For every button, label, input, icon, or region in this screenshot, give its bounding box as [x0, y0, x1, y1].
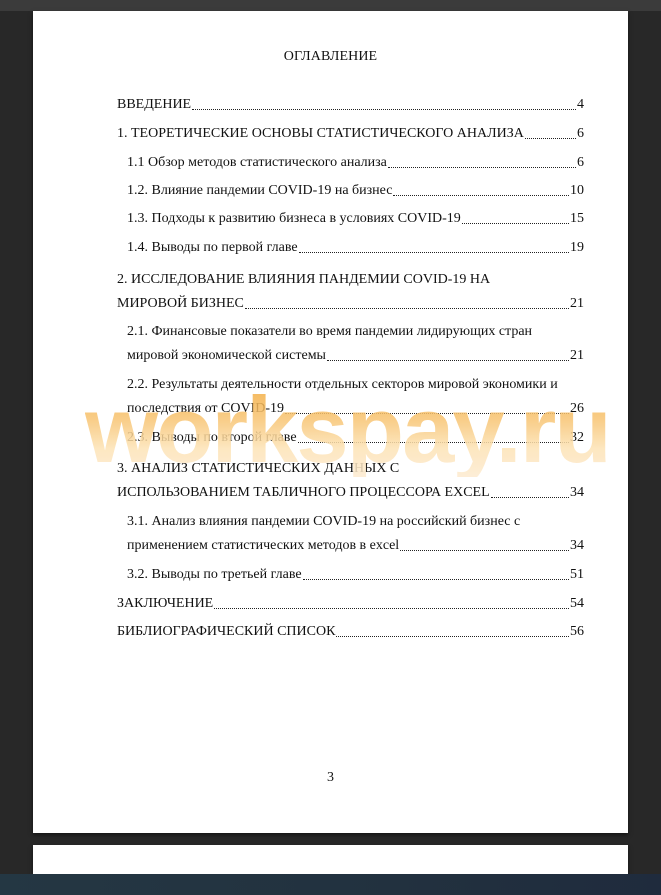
dot-leader	[192, 109, 576, 110]
toc-entry-text: 1.4. Выводы по первой главе	[127, 240, 298, 256]
toc-entry-text: 3.2. Выводы по третьей главе	[127, 567, 302, 583]
toc-entry-text: БИБЛИОГРАФИЧЕСКИЙ СПИСОК	[117, 624, 335, 640]
toc-entry-text: 2.1. Финансовые показатели во время панд…	[127, 324, 532, 340]
toc-page-number: 34	[570, 485, 584, 501]
toc-entry[interactable]: ВВЕДЕНИЕ4	[117, 97, 584, 113]
dot-leader	[462, 223, 569, 224]
toc-entry-text: 2.2. Результаты деятельности отдельных с…	[127, 377, 558, 393]
toc-entry[interactable]: 2.3. Выводы по второй главе32	[127, 430, 584, 446]
toc-page-number: 21	[570, 348, 584, 364]
toc-entry[interactable]: 2.2. Результаты деятельности отдельных с…	[127, 377, 584, 417]
toc-entry[interactable]: 3. АНАЛИЗ СТАТИСТИЧЕСКИХ ДАННЫХ СИСПОЛЬЗ…	[117, 461, 584, 501]
toc-page-number: 51	[570, 567, 584, 583]
toc-entry-text: 1.3. Подходы к развитию бизнеса в услови…	[127, 211, 461, 227]
toc-entry[interactable]: 1.3. Подходы к развитию бизнеса в услови…	[127, 211, 584, 227]
dot-leader	[298, 442, 569, 443]
document-page: ОГЛАВЛЕНИЕ ВВЕДЕНИЕ41. ТЕОРЕТИЧЕСКИЕ ОСН…	[33, 11, 628, 833]
toc-entry-text: 2.3. Выводы по второй главе	[127, 430, 297, 446]
dot-leader	[388, 167, 576, 168]
toc-page-number: 56	[570, 624, 584, 640]
dot-leader	[245, 308, 569, 309]
toc-entry[interactable]: 2. ИССЛЕДОВАНИЕ ВЛИЯНИЯ ПАНДЕМИИ COVID-1…	[117, 272, 584, 312]
toc-entry-text: применением статистических методов в exc…	[127, 538, 399, 554]
toc-entry[interactable]: 1.1 Обзор методов статистического анализ…	[127, 155, 584, 171]
dot-leader	[525, 138, 576, 139]
toc-page-number: 19	[570, 240, 584, 256]
toc-title: ОГЛАВЛЕНИЕ	[33, 49, 628, 65]
toc-page-number: 6	[577, 155, 584, 171]
dot-leader	[303, 579, 569, 580]
toc-page-number: 21	[570, 296, 584, 312]
toc-entry-text: 2. ИССЛЕДОВАНИЕ ВЛИЯНИЯ ПАНДЕМИИ COVID-1…	[117, 272, 490, 288]
toc-entry[interactable]: ЗАКЛЮЧЕНИЕ 54	[117, 596, 584, 612]
dot-leader	[214, 608, 569, 609]
toc-page-number: 4	[577, 97, 584, 113]
toc-entry[interactable]: 1.2. Влияние пандемии COVID-19 на бизнес…	[127, 183, 584, 199]
toc-page-number: 10	[570, 183, 584, 199]
dot-leader	[393, 195, 569, 196]
toc-page-number: 34	[570, 538, 584, 554]
toc-entry-text: ВВЕДЕНИЕ	[117, 97, 191, 113]
toc-entry[interactable]: 1.4. Выводы по первой главе 19	[127, 240, 584, 256]
viewer-toolbar	[0, 0, 661, 11]
dot-leader	[327, 360, 569, 361]
toc-entry[interactable]: 1. ТЕОРЕТИЧЕСКИЕ ОСНОВЫ СТАТИСТИЧЕСКОГО …	[117, 126, 584, 142]
toc-entry-text: последствия от COVID-19	[127, 401, 284, 417]
toc-entry-text: ИСПОЛЬЗОВАНИЕМ ТАБЛИЧНОГО ПРОЦЕССОРА EXC…	[117, 485, 490, 501]
toc-page-number: 6	[577, 126, 584, 142]
dot-leader	[299, 252, 569, 253]
toc-entry-text: ЗАКЛЮЧЕНИЕ	[117, 596, 213, 612]
toc-entry-text: мировой экономической системы	[127, 348, 326, 364]
toc-entry-text: 1.1 Обзор методов статистического анализ…	[127, 155, 387, 171]
toc-entry[interactable]: 3.1. Анализ влияния пандемии COVID-19 на…	[127, 514, 584, 554]
dot-leader	[400, 550, 569, 551]
dot-leader	[285, 413, 569, 414]
toc-page-number: 54	[570, 596, 584, 612]
toc-entry[interactable]: 2.1. Финансовые показатели во время панд…	[127, 324, 584, 364]
toc-entry-text: 1. ТЕОРЕТИЧЕСКИЕ ОСНОВЫ СТАТИСТИЧЕСКОГО …	[117, 126, 524, 142]
toc-entry-text: 3.1. Анализ влияния пандемии COVID-19 на…	[127, 514, 520, 530]
toc-entry-text: 1.2. Влияние пандемии COVID-19 на бизнес	[127, 183, 392, 199]
toc-entry-text: 3. АНАЛИЗ СТАТИСТИЧЕСКИХ ДАННЫХ С	[117, 461, 399, 477]
dot-leader	[336, 636, 569, 637]
page-number: 3	[33, 770, 628, 786]
toc-entry[interactable]: БИБЛИОГРАФИЧЕСКИЙ СПИСОК 56	[117, 624, 584, 640]
toc-entry[interactable]: 3.2. Выводы по третьей главе 51	[127, 567, 584, 583]
toc-page-number: 15	[570, 211, 584, 227]
dot-leader	[491, 497, 569, 498]
taskbar	[0, 874, 661, 895]
toc-page-number: 32	[570, 430, 584, 446]
toc-page-number: 26	[570, 401, 584, 417]
toc-entry-text: МИРОВОЙ БИЗНЕС	[117, 296, 244, 312]
